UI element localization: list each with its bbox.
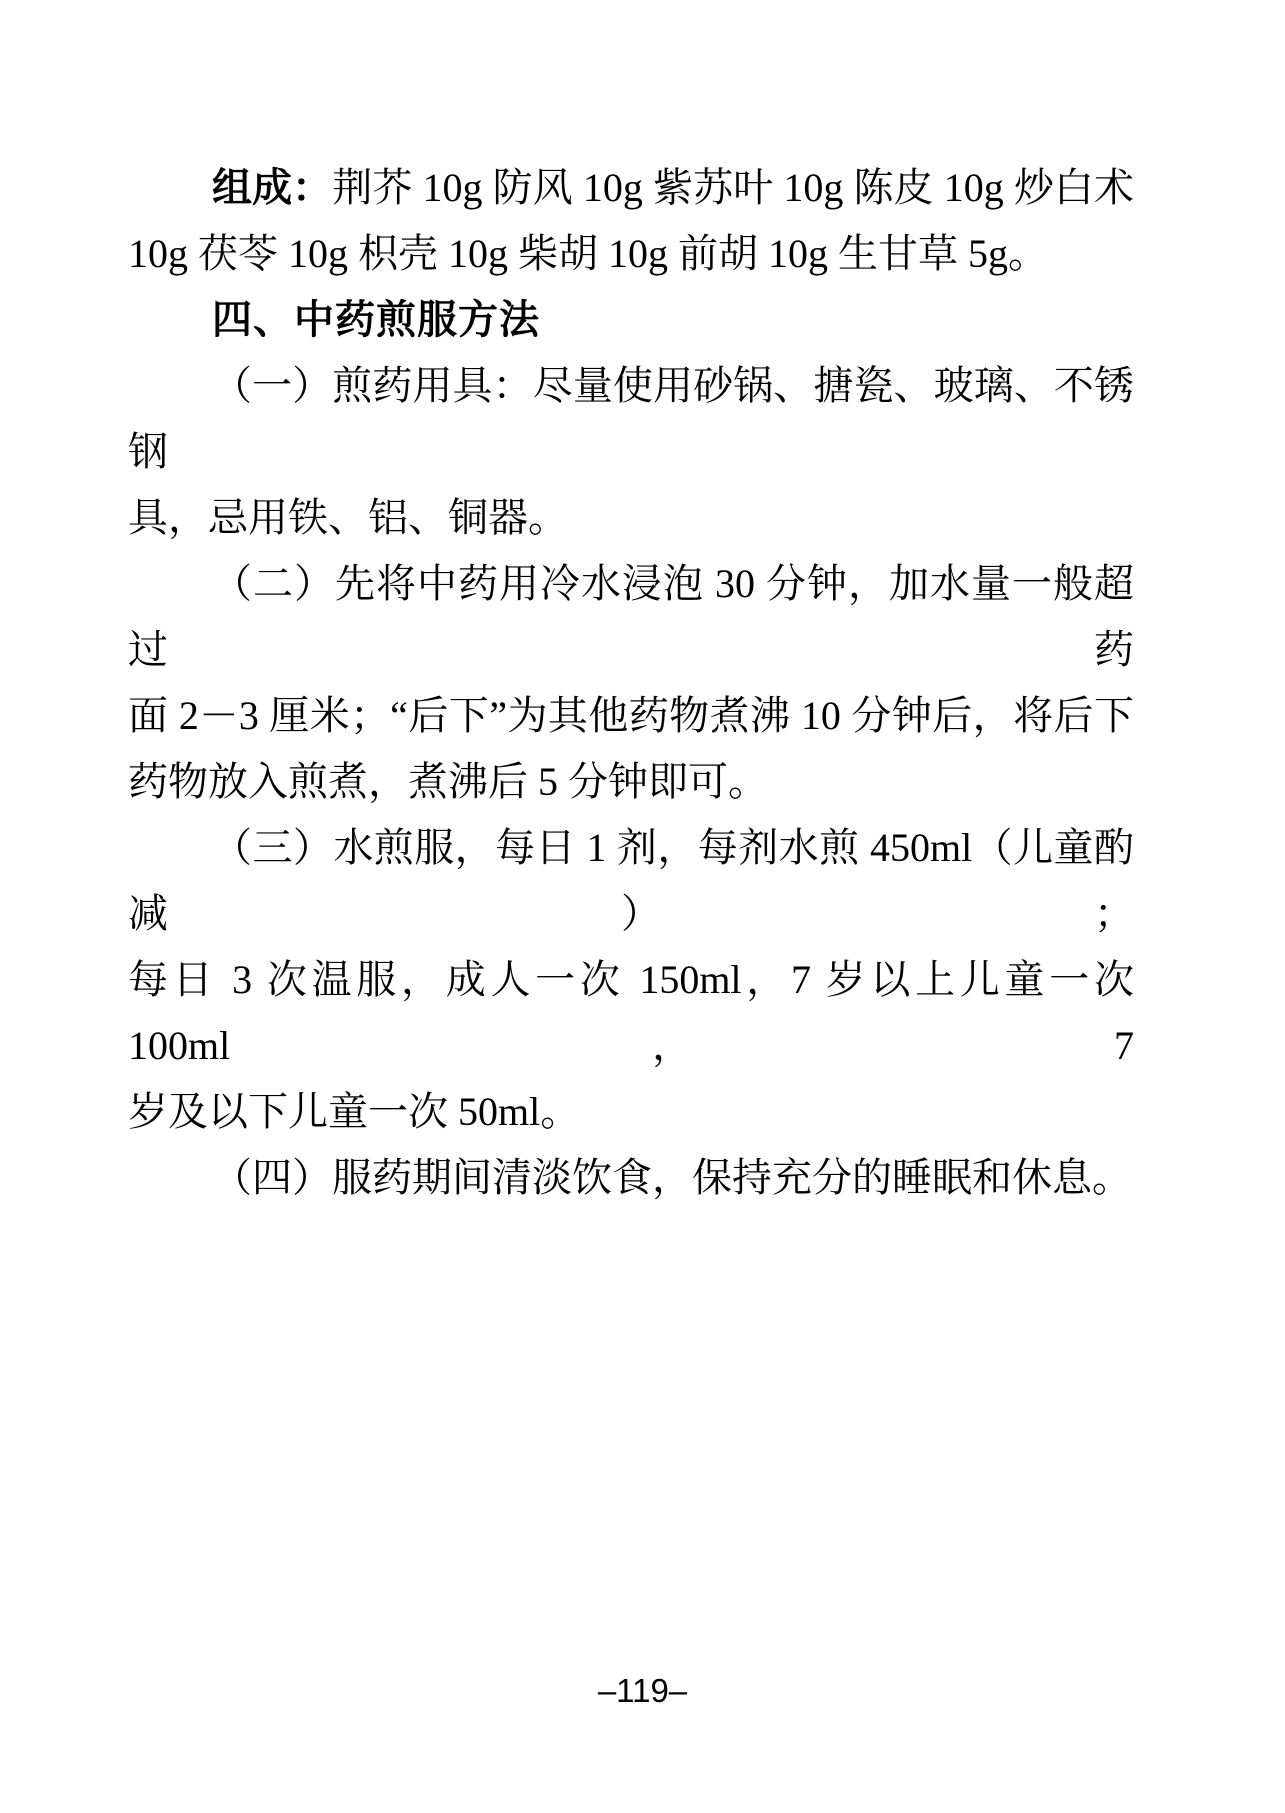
item-3-line-2: 每日 3 次温服，成人一次 150ml，7 岁以上儿童一次 100ml，7 [128, 947, 1134, 1079]
document-body: 组成：荆芥 10g 防风 10g 紫苏叶 10g 陈皮 10g 炒白术 10g … [128, 155, 1134, 1211]
composition-label: 组成： [212, 165, 332, 210]
item-2-line-3: 药物放入煎煮，煮沸后 5 分钟即可。 [128, 749, 1134, 815]
item-4-line-1: （四）服药期间清淡饮食，保持充分的睡眠和休息。 [128, 1145, 1134, 1211]
item-2-line-1: （二）先将中药用冷水浸泡 30 分钟，加水量一般超过药 [128, 551, 1134, 683]
composition-line-1-text: 荆芥 10g 防风 10g 紫苏叶 10g 陈皮 10g 炒白术 [332, 165, 1134, 210]
item-1-line-1: （一）煎药用具：尽量使用砂锅、搪瓷、玻璃、不锈钢 [128, 353, 1134, 485]
item-3-line-3: 岁及以下儿童一次 50ml。 [128, 1079, 1134, 1145]
composition-line-2: 10g 茯苓 10g 枳壳 10g 柴胡 10g 前胡 10g 生甘草 5g。 [128, 221, 1134, 287]
item-1-line-2: 具，忌用铁、铝、铜器。 [128, 485, 1134, 551]
composition-line-1: 组成：荆芥 10g 防风 10g 紫苏叶 10g 陈皮 10g 炒白术 [128, 155, 1134, 221]
item-2-line-2: 面 2－3 厘米；“后下”为其他药物煮沸 10 分钟后，将后下 [128, 683, 1134, 749]
page-number: –119– [0, 1672, 1285, 1710]
section-heading: 四、中药煎服方法 [128, 287, 1134, 353]
item-3-line-1: （三）水煎服，每日 1 剂，每剂水煎 450ml（儿童酌减）； [128, 815, 1134, 947]
